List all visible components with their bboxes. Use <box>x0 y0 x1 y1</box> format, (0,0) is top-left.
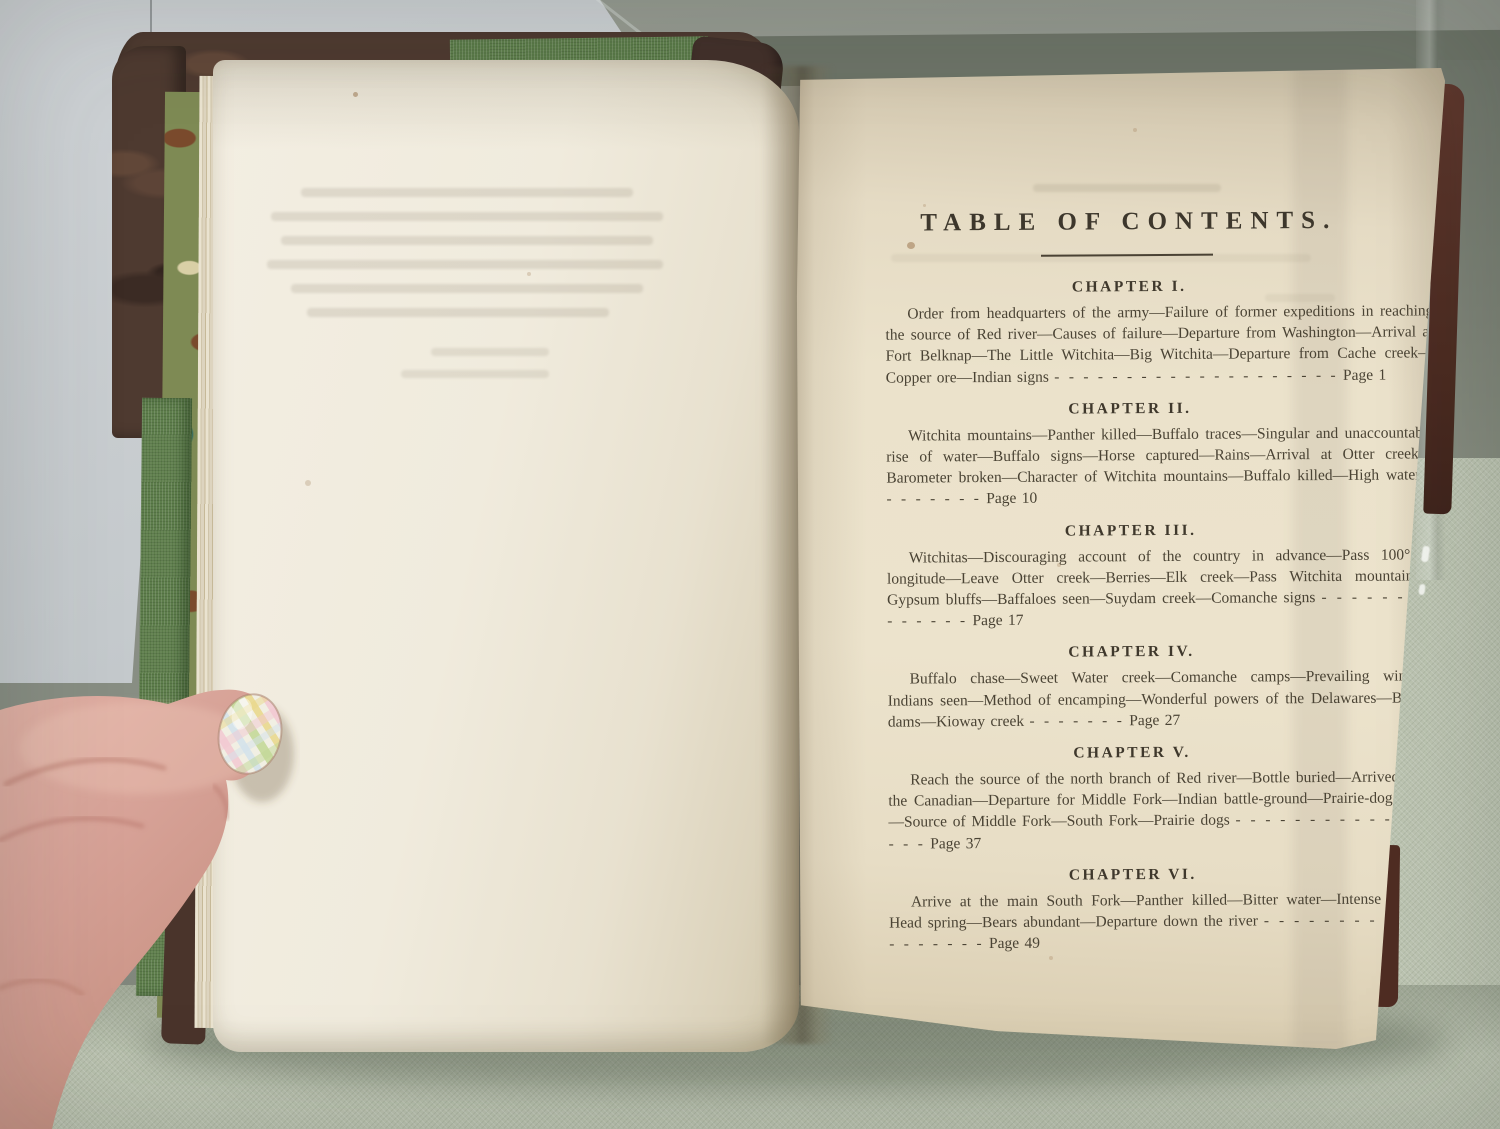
show-through-text-line <box>291 284 643 293</box>
chapter-page-ref: Page 49 <box>989 935 1040 952</box>
chapter-page-ref: Page 27 <box>1129 712 1180 729</box>
show-through-text-line <box>281 236 653 245</box>
chapter-heading: CHAPTER I. <box>855 277 1403 298</box>
show-through-text-line <box>307 308 609 317</box>
toc-chapter-1: CHAPTER I. Order from headquarters of th… <box>885 276 1434 388</box>
show-through-text-line <box>271 212 663 221</box>
photo-of-open-book: TABLE OF CONTENTS. CHAPTER I. Order from… <box>0 0 1500 1129</box>
chapter-body: Witchitas—Discouraging account of the co… <box>887 544 1436 632</box>
chapter-page-ref: Page 17 <box>972 612 1023 629</box>
foxing-spot <box>1133 128 1137 132</box>
chapter-body: Reach the source of the north branch of … <box>888 766 1437 854</box>
chapter-heading: CHAPTER VI. <box>859 864 1407 885</box>
chapter-page-ref: Page 10 <box>986 490 1037 507</box>
page-title: TABLE OF CONTENTS. <box>855 207 1403 238</box>
left-page-blank <box>213 60 799 1052</box>
chapter-heading: CHAPTER V. <box>858 743 1406 764</box>
show-through-text-line <box>267 260 663 269</box>
show-through-text-line <box>1033 184 1221 192</box>
show-through-text-line <box>301 188 633 197</box>
chapter-heading: CHAPTER III. <box>857 520 1405 541</box>
toc-chapter-5: CHAPTER V. Reach the source of the north… <box>888 742 1437 854</box>
foxing-spot <box>527 272 531 276</box>
right-page-contents: TABLE OF CONTENTS. CHAPTER I. Order from… <box>795 58 1447 1053</box>
chapter-body: Arrive at the main South Fork—Panther ki… <box>889 888 1437 955</box>
hand <box>0 688 300 1129</box>
chapter-page-ref: Page 37 <box>930 835 981 852</box>
chapter-body: Witchita mountains—Panther killed—Buffal… <box>886 422 1435 510</box>
chapter-body: Buffalo chase—Sweet Water creek—Comanche… <box>888 666 1436 733</box>
chapter-heading: CHAPTER II. <box>856 398 1404 419</box>
chapter-heading: CHAPTER IV. <box>857 642 1405 663</box>
chapter-page-ref: Page 1 <box>1343 366 1386 383</box>
chapter-leader-dashes: - - - - - - - <box>1029 712 1123 730</box>
foxing-spot <box>305 480 311 486</box>
toc-chapter-4: CHAPTER IV. Buffalo chase—Sweet Water cr… <box>887 642 1436 733</box>
table-of-contents: TABLE OF CONTENTS. CHAPTER I. Order from… <box>885 206 1438 955</box>
toc-chapter-3: CHAPTER III. Witchitas—Discouraging acco… <box>887 520 1436 632</box>
foxing-spot <box>923 204 926 207</box>
title-rule <box>1041 254 1213 257</box>
show-through-signature-line <box>431 348 549 356</box>
foxing-spot <box>353 92 358 97</box>
chapter-leader-dashes: - - - - - - - - - - - - - - - - - - - - <box>1054 367 1337 386</box>
toc-chapter-2: CHAPTER II. Witchita mountains—Panther k… <box>886 398 1435 510</box>
toc-chapter-6: CHAPTER VI. Arrive at the main South For… <box>889 864 1438 955</box>
show-through-signature-line <box>401 370 549 378</box>
chapter-body: Order from headquarters of the army—Fail… <box>885 300 1434 388</box>
chapter-summary: Witchita mountains—Panther killed—Buffal… <box>886 424 1434 487</box>
foxing-spot <box>1049 956 1053 960</box>
